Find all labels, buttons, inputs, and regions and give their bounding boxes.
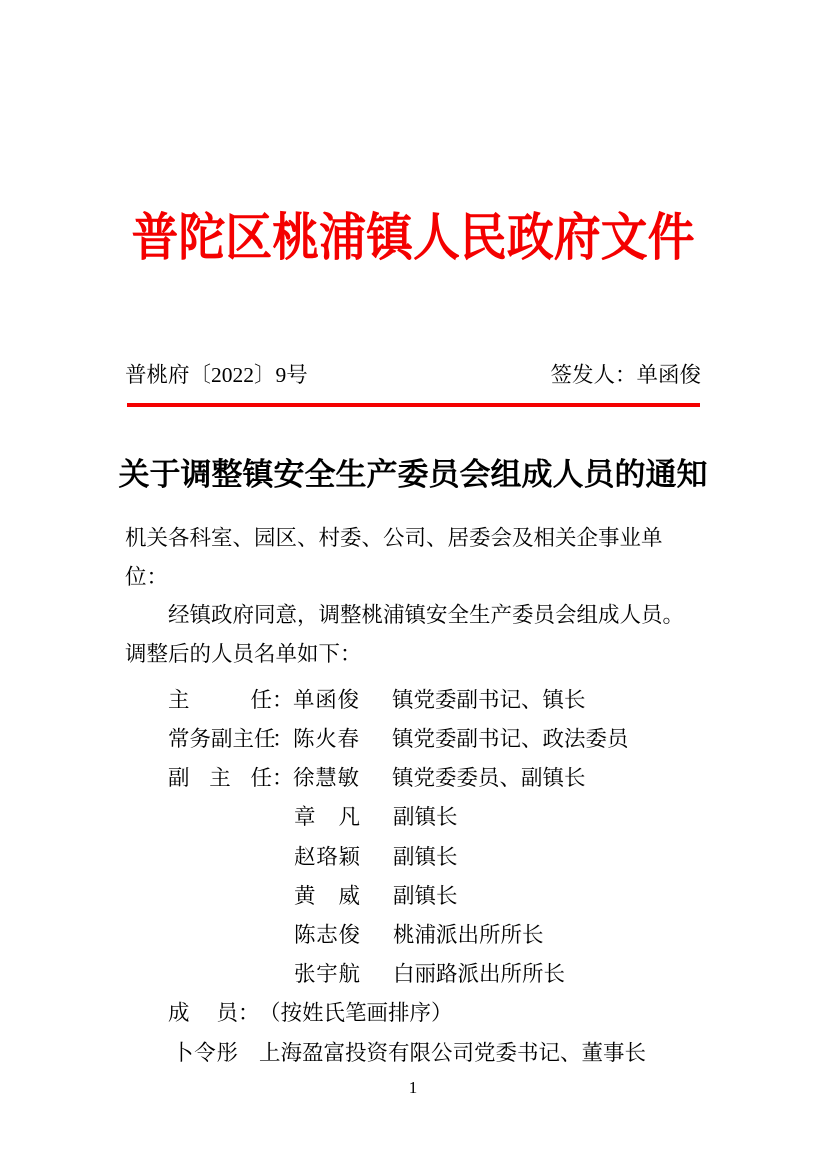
role-label: 常务副主任 [168, 720, 272, 759]
personnel-roster: 主任：单函俊镇党委副书记、镇长 常务副主任：陈火春镇党委副书记、政法委员 副主任… [168, 681, 705, 1034]
red-divider [127, 403, 700, 407]
roster-row: 主任：单函俊镇党委副书记、镇长 [168, 681, 705, 720]
person-name: 陈志俊 [294, 916, 360, 955]
person-title: 副镇长 [393, 845, 458, 869]
person-name: 赵珞颖 [294, 838, 360, 877]
person-name: 单函俊 [293, 681, 359, 720]
document-page: 普陀区桃浦镇人民政府文件 普桃府〔2022〕9号 签发人：单函俊 关于调整镇安全… [0, 0, 826, 1169]
member-section-header: 成员：（按姓氏笔画排序） [168, 994, 705, 1033]
issuer-label: 签发人：单函俊 [550, 358, 701, 389]
person-name: 卜令彤 [172, 1034, 238, 1073]
person-name: 章凡 [294, 798, 360, 837]
roster-row: 常务副主任：陈火春镇党委副书记、政法委员 [168, 720, 705, 759]
roster-row: 张宇航白丽路派出所所长 [168, 955, 705, 994]
person-title: 白丽路派出所所长 [393, 962, 565, 986]
role-colon: ： [238, 994, 259, 1033]
red-header-title: 普陀区桃浦镇人民政府文件 [33, 196, 793, 270]
person-title: 副镇长 [393, 884, 458, 908]
salutation-line: 机关各科室、园区、村委、公司、居委会及相关企事业单位： [125, 519, 705, 596]
document-body: 机关各科室、园区、村委、公司、居委会及相关企事业单位： 经镇政府同意，调整桃浦镇… [125, 519, 705, 1073]
roster-row: 黄威副镇长 [168, 877, 705, 916]
role-colon: ： [272, 720, 293, 759]
role-label: 副主任 [168, 759, 272, 798]
role-label: 主任 [168, 681, 272, 720]
person-name: 黄威 [294, 877, 360, 916]
role-colon: ： [272, 681, 293, 720]
person-name: 徐慧敏 [293, 759, 359, 798]
paragraph-line: 经镇政府同意，调整桃浦镇安全生产委员会组成人员。 [125, 596, 705, 635]
roster-row: 陈志俊桃浦派出所所长 [168, 916, 705, 955]
person-title: 镇党委副书记、镇长 [392, 688, 586, 712]
person-title: 镇党委副书记、政法委员 [392, 727, 629, 751]
person-title: 桃浦派出所所长 [393, 923, 544, 947]
person-title: 副镇长 [393, 805, 458, 829]
person-title: 镇党委委员、副镇长 [392, 766, 586, 790]
document-title: 关于调整镇安全生产委员会组成人员的通知 [0, 449, 826, 494]
person-title: 上海盈富投资有限公司党委书记、董事长 [259, 1041, 646, 1065]
page-number: 1 [0, 1078, 826, 1098]
member-row: 卜令彤上海盈富投资有限公司党委书记、董事长 [172, 1034, 705, 1073]
person-name: 陈火春 [293, 720, 359, 759]
role-label: 成员 [168, 994, 238, 1033]
doc-number: 普桃府〔2022〕9号 [125, 358, 308, 389]
roster-row: 副主任：徐慧敏镇党委委员、副镇长 [168, 759, 705, 798]
role-colon: ： [272, 759, 293, 798]
roster-row: 章凡副镇长 [168, 798, 705, 837]
person-name: 张宇航 [294, 955, 360, 994]
doc-info-row: 普桃府〔2022〕9号 签发人：单函俊 [125, 358, 701, 389]
roster-row: 赵珞颖副镇长 [168, 838, 705, 877]
paragraph-line: 调整后的人员名单如下： [125, 635, 705, 674]
member-sort-note: （按姓氏笔画排序） [259, 1001, 453, 1025]
